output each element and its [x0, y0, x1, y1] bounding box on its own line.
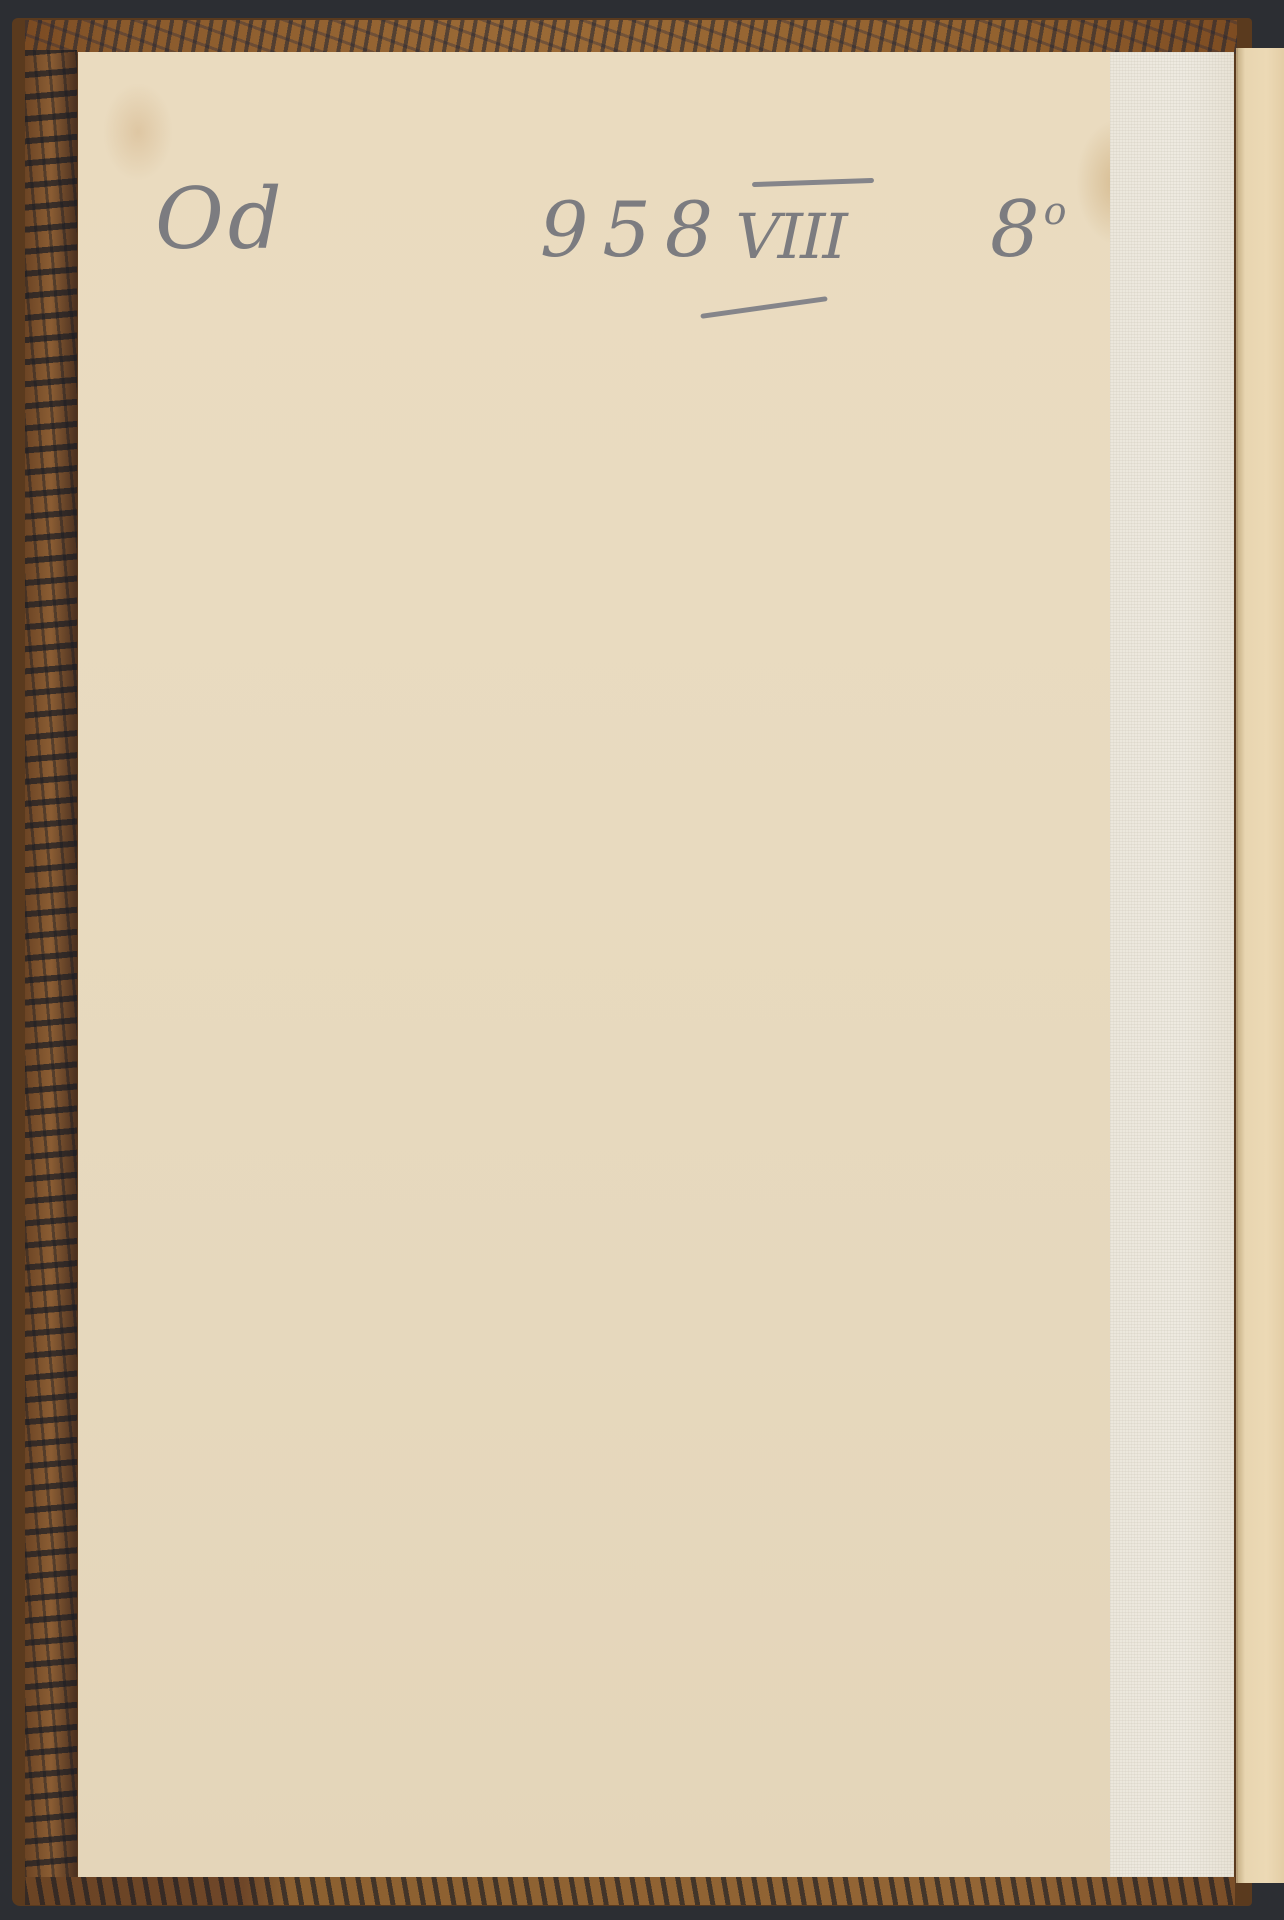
shelfmark-number: 958	[540, 185, 727, 274]
marbled-cover-bottom-edge	[25, 1877, 1235, 1905]
shelfmark-volume: VIII	[727, 200, 853, 273]
marbled-cover-left-edge	[25, 50, 77, 1890]
marbled-cover-top-edge	[25, 20, 1237, 54]
flyleaf-page-edge	[1236, 48, 1284, 1883]
shelfmark-format: 8o	[990, 185, 1071, 275]
format-number: 8	[990, 185, 1044, 275]
shelfmark-prefix: Od	[155, 170, 286, 268]
pastedown-paper	[78, 52, 1110, 1877]
cloth-hinge-strip	[1110, 52, 1234, 1877]
format-suffix: o	[1044, 189, 1071, 233]
